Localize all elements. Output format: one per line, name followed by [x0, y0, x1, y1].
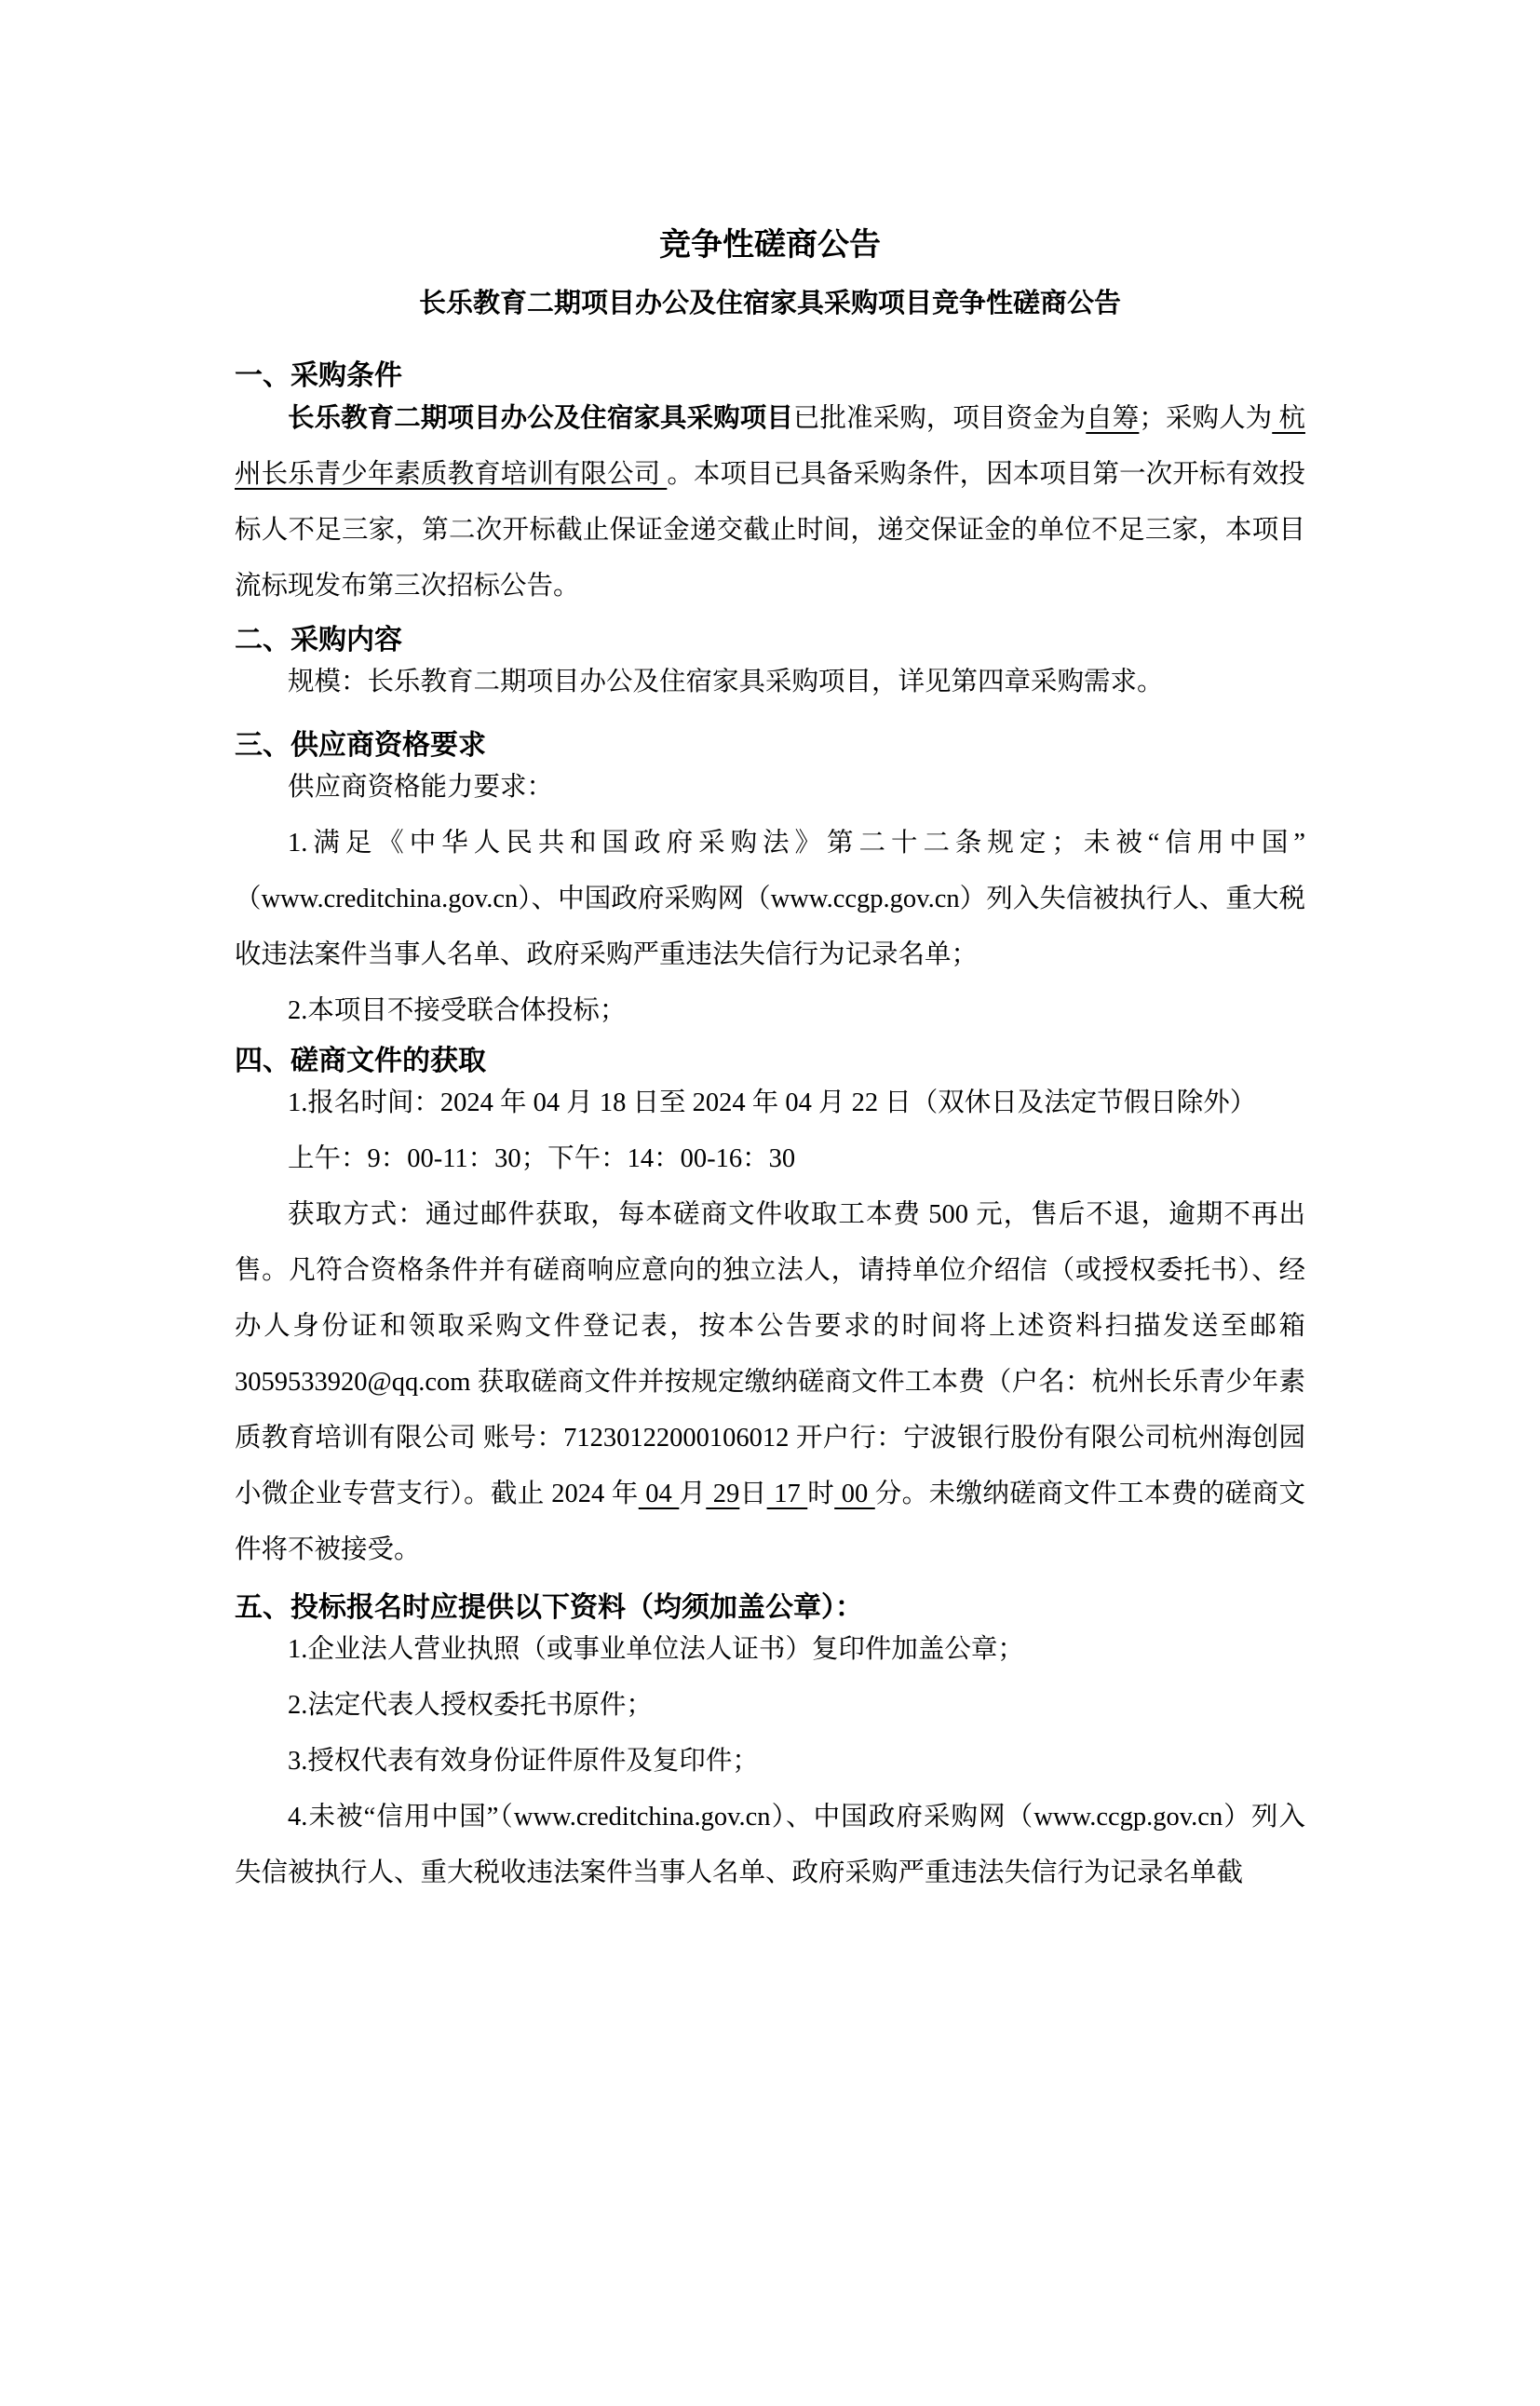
obtain-text-1: 获取方式：通过邮件获取，每本磋商文件收取工本费 500 元，售后不退，逾期不再出…	[235, 1200, 1305, 1508]
para-required-doc-2: 2.法定代表人授权委托书原件；	[235, 1678, 1305, 1734]
para-obtain-method: 获取方式：通过邮件获取，每本磋商文件收取工本费 500 元，售后不退，逾期不再出…	[235, 1187, 1305, 1578]
para-supplier-ability: 供应商资格能力要求：	[235, 760, 1305, 816]
para-required-doc-4: 4.未被“信用中国”（www.creditchina.gov.cn）、中国政府采…	[235, 1790, 1305, 1901]
para-procurement-conditions: 长乐教育二期项目办公及住宿家具采购项目已批准采购，项目资金为自筹；采购人为 杭州…	[235, 390, 1305, 615]
deadline-minute-underline: 00	[834, 1480, 875, 1508]
para-office-hours: 上午：9：00-11：30；下午：14：00-16：30	[235, 1131, 1305, 1187]
announcement-page: 竞争性磋商公告 长乐教育二期项目办公及住宿家具采购项目竞争性磋商公告 一、采购条…	[0, 228, 1540, 2406]
obtain-text-3: 日	[739, 1480, 766, 1508]
obtain-text-4: 时	[807, 1480, 834, 1508]
section-4-heading: 四、磋商文件的获取	[235, 1047, 1305, 1075]
section-2-heading: 二、采购内容	[235, 626, 1305, 655]
funding-source-underline: 自筹	[1086, 404, 1139, 433]
deadline-hour-underline: 17	[767, 1480, 808, 1508]
section-3-heading: 三、供应商资格要求	[235, 731, 1305, 760]
cond-text-2: ；采购人为	[1139, 404, 1272, 433]
doc-title: 竞争性磋商公告	[235, 228, 1305, 262]
project-name-bold: 长乐教育二期项目办公及住宿家具采购项目	[288, 403, 793, 433]
deadline-day-underline: 29	[706, 1480, 739, 1508]
para-required-doc-1: 1.企业法人营业执照（或事业单位法人证书）复印件加盖公章；	[235, 1622, 1305, 1678]
para-required-doc-3: 3.授权代表有效身份证件原件及复印件；	[235, 1734, 1305, 1790]
doc-subtitle: 长乐教育二期项目办公及住宿家具采购项目竞争性磋商公告	[235, 290, 1305, 318]
section-1-heading: 一、采购条件	[235, 361, 1305, 390]
section-5-heading: 五、投标报名时应提供以下资料（均须加盖公章）：	[235, 1593, 1305, 1622]
obtain-text-2: 月	[679, 1480, 706, 1508]
para-no-consortium: 2.本项目不接受联合体投标；	[235, 983, 1305, 1039]
cond-text-1: 已批准采购，项目资金为	[793, 404, 1086, 433]
para-law-requirement: 1.满足《中华人民共和国政府采购法》第二十二条规定；未被“信用中国”（www.c…	[235, 816, 1305, 983]
deadline-month-underline: 04	[639, 1480, 680, 1508]
para-procurement-scale: 规模：长乐教育二期项目办公及住宿家具采购项目，详见第四章采购需求。	[235, 655, 1305, 710]
para-signup-time: 1.报名时间：2024 年 04 月 18 日至 2024 年 04 月 22 …	[235, 1075, 1305, 1131]
